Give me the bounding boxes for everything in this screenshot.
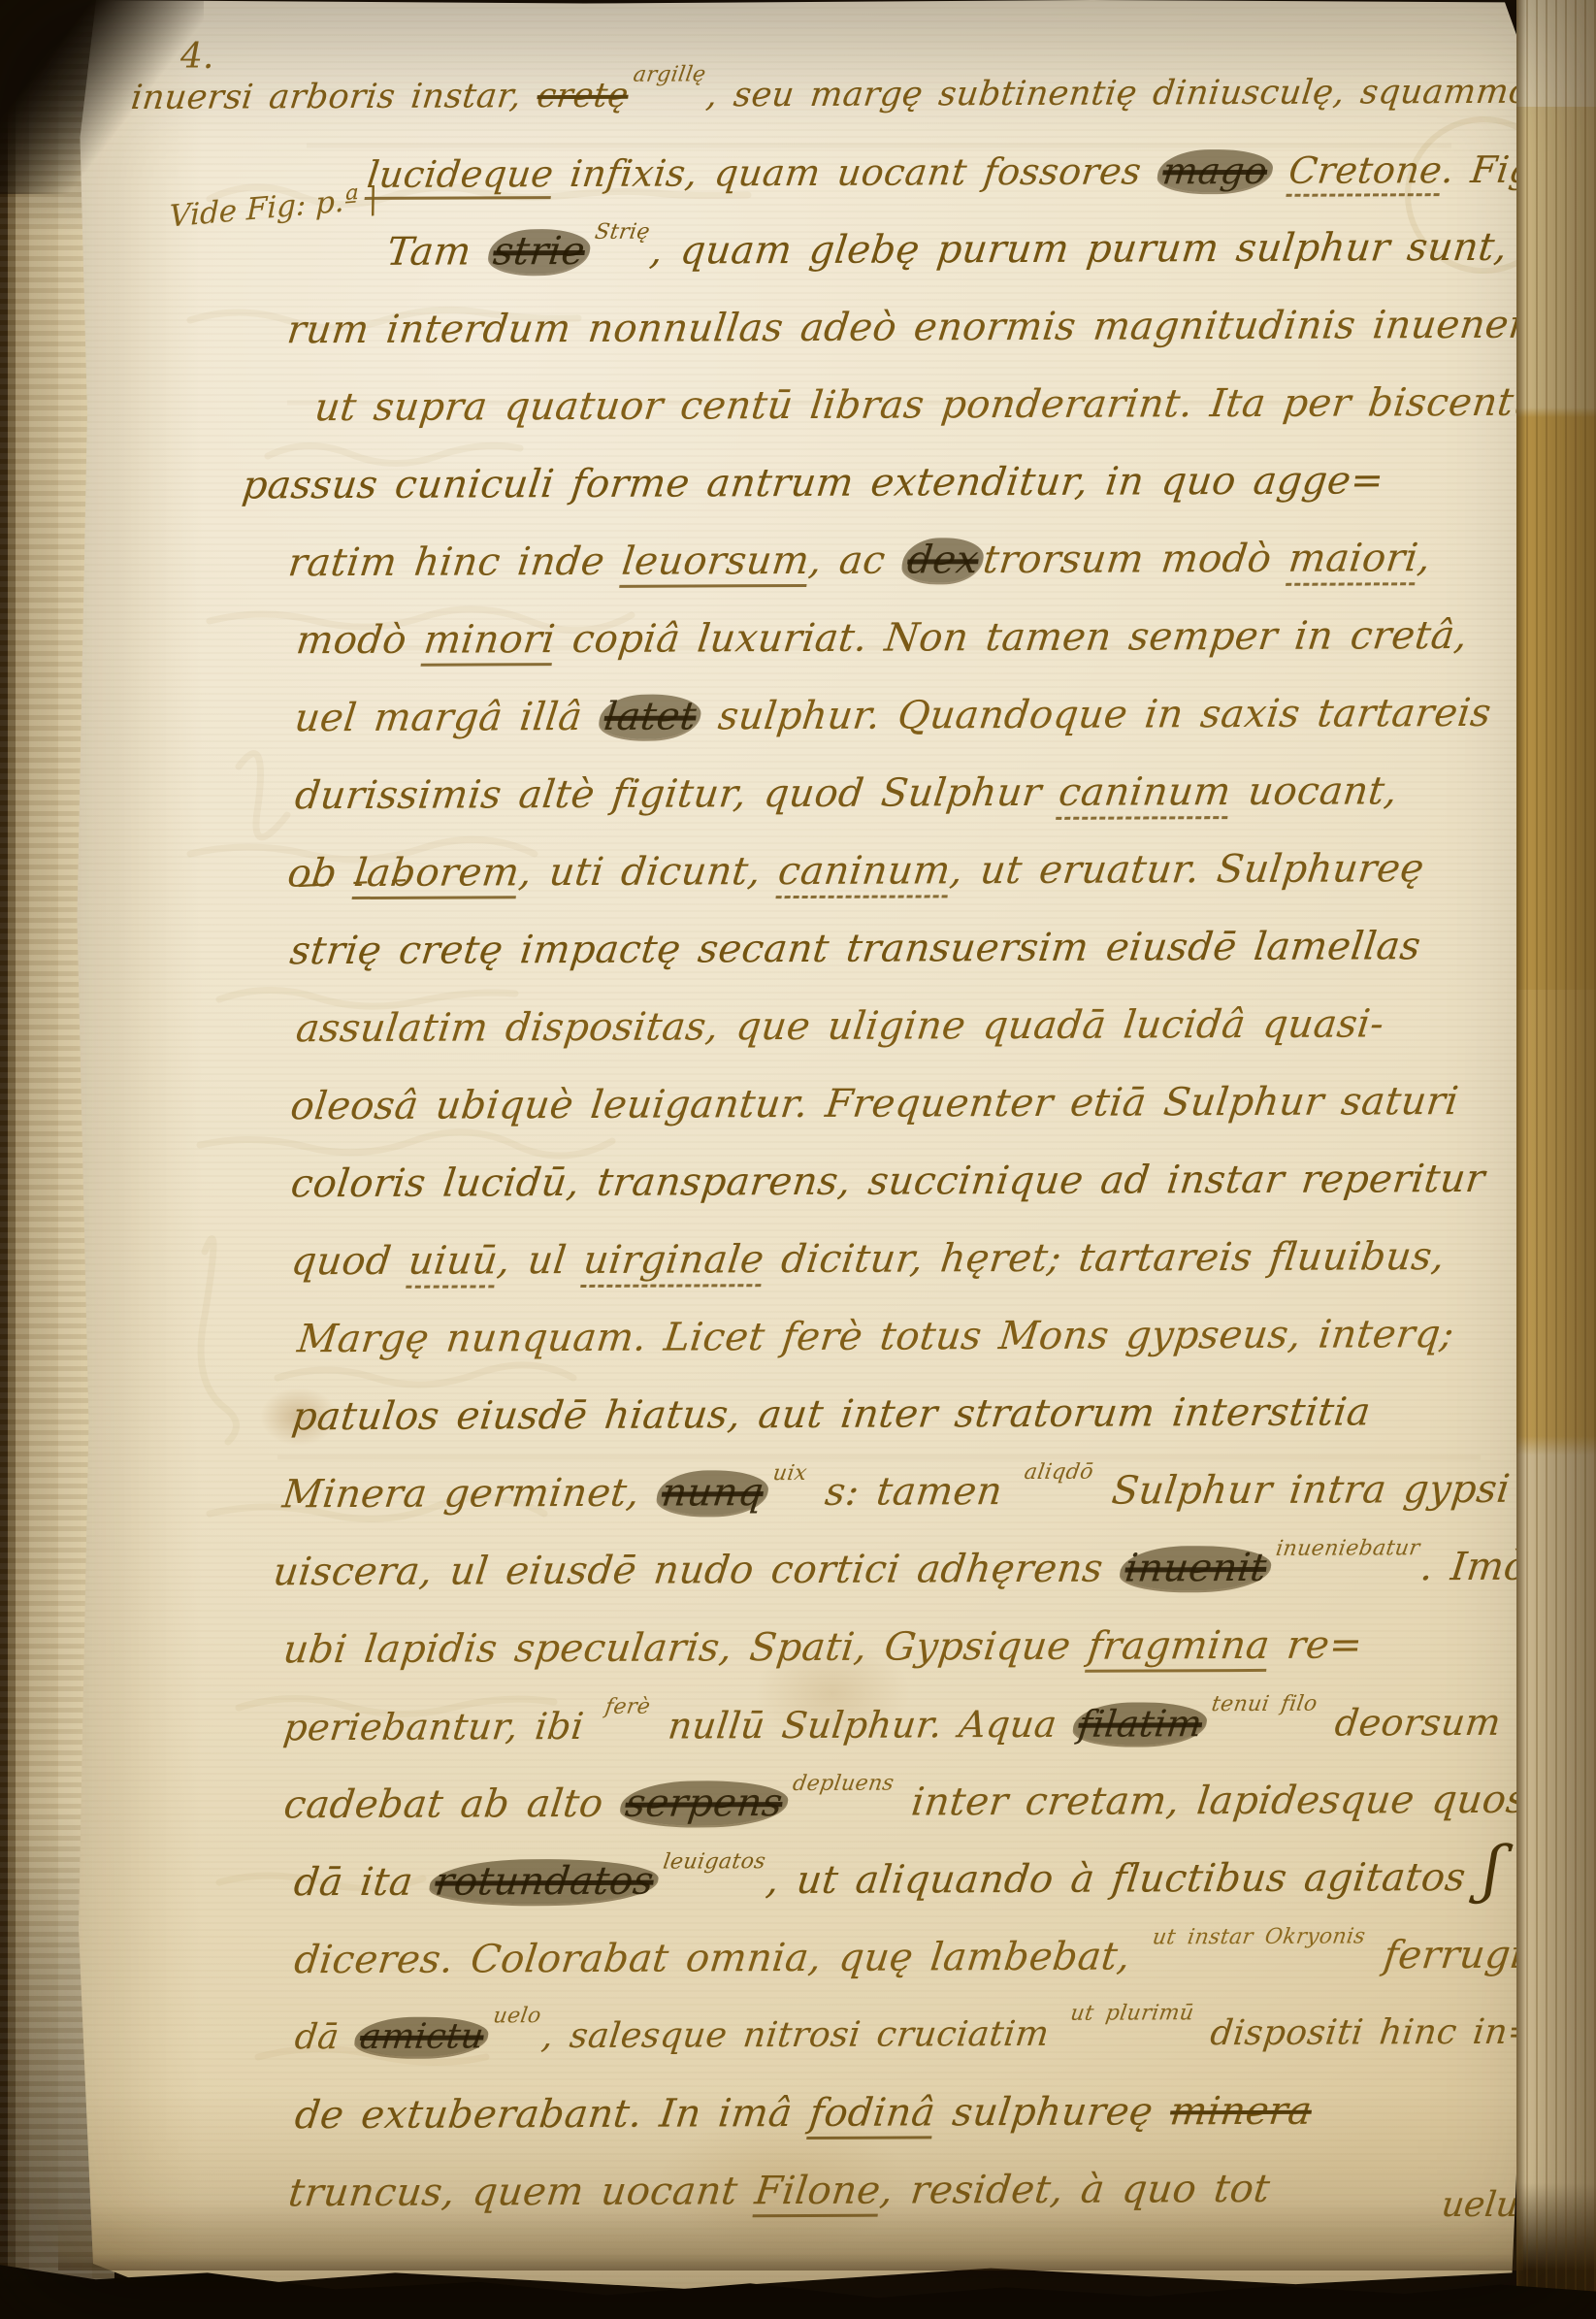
crossed-out-word: amictu (353, 2016, 491, 2057)
manuscript-page: 4. Vide Fig: p.ª | — – – inuersi arboris… (76, 0, 1528, 2296)
handwritten-text: ratim hinc inde (286, 539, 625, 586)
crossed-out-word: inuenit (1118, 1546, 1274, 1591)
manuscript-line-22: periebantur, ibi ferè nullū Sulphur. Aqu… (279, 1683, 1506, 1767)
crossed-out-word: latet (597, 694, 703, 738)
handwritten-text: uocant, (1228, 768, 1400, 814)
manuscript-line-26: dā amictuuelo, salesque nitrosi cruciati… (290, 1994, 1542, 2077)
handwritten-text: uiscera, ul eiusdē nudo cortici adhęrens (271, 1547, 1123, 1595)
handwritten-text: dā ita (292, 1860, 434, 1906)
handwritten-text: , ut eruatur. Sulphureę (948, 846, 1427, 893)
manuscript-line-6: passus cuniculi forme antrum extenditur,… (238, 441, 1388, 524)
handwritten-text: uiuū (406, 1238, 501, 1288)
handwritten-text: copiâ luxuriat. Non tamen semper in cret… (552, 613, 1470, 662)
handwritten-text: , ul (495, 1238, 586, 1283)
handwritten-text: s: tamen (805, 1469, 1023, 1515)
underline-dashes: — – – (296, 859, 414, 903)
handwritten-text: leuorsum (619, 539, 812, 588)
handwritten-text: , ac (806, 539, 905, 583)
manuscript-line-8: modò minori copiâ luxuriat. Non tamen se… (292, 597, 1472, 679)
manuscript-line-14: oleosâ ubiquè leuigantur. Frequenter eti… (286, 1062, 1463, 1145)
handwritten-text: , salesque nitrosi cruciatim (539, 2014, 1067, 2056)
handwritten-text: de extuberabant. In imâ (293, 2091, 813, 2138)
handwritten-text: deorsum (1316, 1701, 1503, 1745)
interlinear-insertion: ut plurimū (1070, 2013, 1193, 2014)
handwritten-text: , seu margę subtinentię diniusculę, squa… (704, 72, 1581, 114)
manuscript-line-17: Margę nunquam. Licet ferè totus Mons gyp… (293, 1295, 1458, 1378)
manuscript-text-block: inuersi arboris instar, cretęargillę, se… (71, 0, 1533, 2299)
interlinear-insertion: ut instar Okryonis (1153, 1937, 1365, 1938)
handwritten-text: , ut aliquando à fluctibus agitatos (764, 1855, 1485, 1903)
dark-corner (0, 0, 204, 194)
handwritten-text: uirginale (580, 1237, 766, 1288)
manuscript-line-9: uel margâ illâ latet sulphur. Quandoque … (290, 674, 1495, 757)
handwritten-text: nullū Sulphur. Aqua (649, 1703, 1077, 1747)
handwritten-text: sulphureę (932, 2089, 1173, 2135)
handwritten-text: Sulphur intra gypsi (1091, 1467, 1513, 1514)
handwritten-text: passus cuniculi forme antrum extenditur,… (240, 458, 1386, 507)
handwritten-text: diceres. Colorabat omnia, quę lambebat, (292, 1934, 1151, 1982)
manuscript-photo: 4. Vide Fig: p.ª | — – – inuersi arboris… (0, 0, 1596, 2319)
manuscript-line-18: patulos eiusdē hiatus, aut inter strator… (287, 1373, 1375, 1455)
handwritten-text: minori (421, 617, 558, 667)
manuscript-line-19: Minera germinet, nunquix s: tamen aliqdō… (278, 1451, 1515, 1534)
manuscript-line-20: uiscera, ul eiusdē nudo cortici adhęrens… (269, 1528, 1532, 1612)
manuscript-line-25: diceres. Colorabat omnia, quę lambebat, … (290, 1915, 1596, 1999)
crossed-out-word: filatim (1071, 1702, 1210, 1746)
handwritten-text: caninum (1056, 769, 1233, 820)
book-fore-edge-gilt (1516, 0, 1596, 2319)
handwritten-text: caninum (775, 848, 953, 898)
handwritten-text: Minera germinet, (280, 1471, 660, 1518)
manuscript-line-12: strię cretę impactę secant transuersim e… (285, 907, 1424, 990)
handwritten-text: Cretone (1286, 148, 1444, 197)
handwritten-text: assulatim dispositas, que uligine quadā … (294, 1001, 1386, 1051)
crossed-out-word: dex (900, 538, 986, 582)
handwritten-text: Margę nunquam. Licet ferè totus Mons gyp… (295, 1312, 1456, 1361)
manuscript-line-1: inuersi arboris instar, cretęargillę, se… (127, 52, 1584, 137)
handwritten-text: infixis, quam uocant fossores (551, 149, 1161, 195)
crossed-out-word: serpens (618, 1780, 790, 1826)
page-bottom-shadow (58, 2203, 1523, 2270)
handwritten-text: trorsum modò (981, 537, 1291, 582)
manuscript-line-15: coloris lucidū, transparens, succinique … (286, 1140, 1489, 1223)
handwritten-text: sulphur. Quandoque in saxis tartareis (699, 691, 1494, 739)
crossed-out-word: mago (1156, 149, 1275, 193)
manuscript-line-3: Tam strieStrię, quam glebę purum purum s… (382, 208, 1596, 291)
handwritten-text: ʃ (1480, 1834, 1506, 1906)
handwritten-text: , uti dicunt, (517, 849, 782, 895)
handwritten-text: patulos eiusdē hiatus, aut inter strator… (289, 1389, 1373, 1439)
handwritten-text: rum interdum nonnullas adeò enormis magn… (285, 303, 1567, 353)
handwritten-text: maiori (1286, 536, 1420, 586)
handwritten-text: Tam (384, 229, 491, 274)
handwritten-text: ut supra quatuor centū libras ponderarin… (312, 379, 1579, 430)
crossed-out-word: cretę (535, 77, 631, 115)
handwritten-text: durissimis altè figitur, quod Sulphur (293, 770, 1062, 818)
handwritten-text: uel margâ illâ (292, 695, 602, 740)
manuscript-line-5: ut supra quatuor centū libras ponderarin… (310, 363, 1580, 446)
manuscript-line-13: assulatim dispositas, que uligine quadā … (292, 985, 1388, 1067)
crossed-out-word: rotundatos (428, 1859, 661, 1905)
handwritten-text: dā (293, 2017, 358, 2057)
manuscript-line-10: durissimis altè figitur, quod Sulphur ca… (291, 752, 1402, 834)
handwritten-text: fragmina (1085, 1623, 1272, 1673)
handwritten-text: , quam glebę purum purum sulphur sunt, q… (648, 224, 1596, 273)
handwritten-text: lucideque (365, 152, 556, 200)
manuscript-line-4: rum interdum nonnullas adeò enormis magn… (283, 286, 1569, 370)
handwritten-text: oleosâ ubiquè leuigantur. Frequenter eti… (288, 1079, 1461, 1128)
manuscript-line-24: dā ita rotundatosleuigatos, ut aliquando… (290, 1839, 1506, 1921)
manuscript-line-21: ubi lapidis specularis, Spati, Gypsique … (279, 1606, 1367, 1688)
handwritten-text: dicitur, hęret; tartareis fluuibus, (762, 1234, 1448, 1282)
manuscript-line-23: cadebat ab alto serpensdepluens inter cr… (279, 1761, 1564, 1845)
handwritten-text: dispositi hinc in= (1191, 2012, 1539, 2054)
handwritten-text: fodinâ (806, 2090, 937, 2139)
crossed-out-word: minera (1168, 2089, 1315, 2135)
handwritten-text: inter cretam, lapidesque quos= (892, 1778, 1562, 1825)
manuscript-line-2: lucideque infixis, quam uocant fossores … (363, 130, 1591, 213)
crossed-out-word: strie (486, 229, 593, 274)
handwritten-text: . Imò (1418, 1545, 1531, 1590)
handwritten-text: ubi lapidis specularis, Spati, Gypsique (281, 1624, 1091, 1673)
handwritten-text: cadebat ab alto (281, 1781, 623, 1828)
handwritten-text: periebantur, ibi (281, 1705, 603, 1748)
manuscript-line-7: ratim hinc inde leuorsum, ac dextrorsum … (284, 519, 1436, 602)
interlinear-insertion: inueniebatur (1277, 1549, 1420, 1550)
manuscript-line-16: quod uiuū, ul uirginale dicitur, hęret; … (287, 1218, 1449, 1300)
handwritten-text: re= (1267, 1622, 1365, 1667)
handwritten-text: strię cretę impactę secant transuersim e… (287, 924, 1422, 973)
manuscript-line-27: de extuberabant. In imâ fodinâ sulphureę… (291, 2073, 1317, 2155)
crossed-out-word: nunq (655, 1470, 771, 1516)
manuscript-line-11: ob laborem, uti dicunt, caninum, ut erua… (283, 830, 1428, 912)
handwritten-text: coloris lucidū, transparens, succinique … (288, 1157, 1487, 1206)
handwritten-text: modò (294, 618, 427, 664)
handwritten-text: quod (289, 1239, 411, 1285)
